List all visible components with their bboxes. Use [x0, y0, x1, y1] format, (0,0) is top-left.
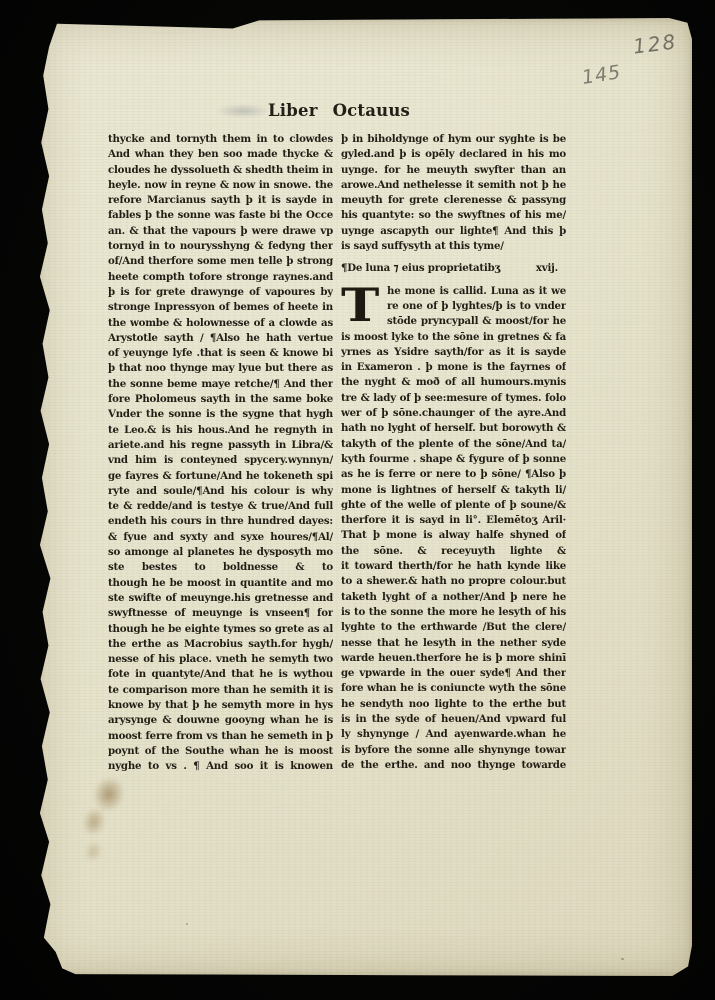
- drop-initial-T: T: [341, 284, 393, 329]
- text-line: as he is ferre or nere to þ sōne/ ¶Also …: [341, 467, 566, 482]
- text-line: is in the syde of heuen/And vpward ful: [341, 712, 566, 727]
- text-line: to a shewer.& hath no propre colour.but: [341, 574, 566, 589]
- paragraph-moon-body: is moost lyke to the sōne in gretnes & f…: [341, 330, 566, 774]
- text-line: ly shynynge / And ayenwarde.whan he: [341, 727, 566, 742]
- text-line: arowe.And nethelesse it semith not þ he: [341, 178, 566, 193]
- text-line: gyled.and þ is opēly declared in his mo: [341, 147, 566, 162]
- text-line: ariete.and his regne passyth in Libra/&: [108, 438, 333, 453]
- text-line: þ in biholdynge of hym our syghte is be: [341, 132, 566, 147]
- text-line: the sōne. & receyuyth lighte & reboūdyth: [341, 544, 566, 559]
- running-title: Liber Octauus: [108, 101, 570, 120]
- text-line: fore Pholomeus sayth in the same boke: [108, 392, 333, 407]
- text-line: Vnder the sonne is the sygne that hygh: [108, 407, 333, 422]
- text-line: is to the sonne the more he lesyth of hi…: [341, 605, 566, 620]
- text-line: an. & that the vapours þ were drawe vp: [108, 224, 333, 239]
- text-line: nesse of his place. vneth he semyth two: [108, 652, 333, 667]
- text-column-left: thycke and tornyth them in to clowdesAnd…: [108, 132, 333, 774]
- text-line: stōde pryncypall & moost/for he: [387, 314, 566, 329]
- text-line: ghte of the welle of plente of þ soune/&: [341, 498, 566, 513]
- text-line: though he be moost in quantite and mo: [108, 576, 333, 591]
- text-line: heyle. now in reyne & now in snowe. the: [108, 178, 333, 193]
- text-line: And whan they ben soo made thycke &: [108, 147, 333, 162]
- text-line: takyth of the plente of the sōne/And ta/: [341, 437, 566, 452]
- text-line: & fyue and syxty and syxe houres/¶Al/: [108, 530, 333, 545]
- text-line: wer of þ sōne.chaunger of the ayre.And: [341, 406, 566, 421]
- text-line: nesse that he lesyth in the nether syde …: [341, 636, 566, 651]
- text-line: cloudes he dyssolueth & shedth theim in: [108, 163, 333, 178]
- text-line: fables þ the sonne was faste bi the Occe: [108, 208, 333, 223]
- text-line: fote in quantyte/And that he is wythou: [108, 667, 333, 682]
- text-line: arysynge & douwne gooyng whan he is: [108, 713, 333, 728]
- running-title-word-liber: Liber: [268, 101, 318, 120]
- text-line: uynge. for he meuyth swyfter than an: [341, 163, 566, 178]
- text-line: of yeuynge lyfe .that is seen & knowe bi: [108, 346, 333, 361]
- text-line: re one of þ lyghtes/þ is to vnder: [387, 299, 566, 314]
- text-line: de the erthe. and noo thynge towarde: [341, 758, 566, 773]
- text-line: te comparison more than he semith it is: [108, 683, 333, 698]
- text-line: it toward therth/for he hath kynde like: [341, 559, 566, 574]
- text-line: so amonge al planetes he dysposyth mo: [108, 545, 333, 560]
- text-line: he sendyth noo lighte to the erthe but h…: [341, 697, 566, 712]
- text-line: stronge Inpressyon of bemes of heete in: [108, 300, 333, 315]
- text-line: yrnes as Ysidre sayth/for as it is sayde: [341, 345, 566, 360]
- text-line: he mone is callid. Luna as it we: [387, 284, 566, 299]
- paragraph-moon-intro: þ in biholdynge of hym our syghte is beg…: [341, 132, 566, 239]
- text-line: That þ mone is alway halfe shyned of: [341, 528, 566, 543]
- pencil-folio-number: 128: [632, 29, 679, 58]
- initial-paragraph: T he mone is callid. Luna as it were one…: [341, 284, 566, 330]
- text-line: of/And therfore some men telle þ strong: [108, 254, 333, 269]
- text-line: the nyght & moð of all humours.mynis: [341, 375, 566, 390]
- stain-mark: [51, 760, 141, 890]
- text-line: te & redde/and is testye & true/And full: [108, 499, 333, 514]
- chapter-number: xvij.: [536, 261, 558, 276]
- text-line: vnd him is conteyned spycery.wynnyn/: [108, 453, 333, 468]
- pencil-secondary-number: 145: [581, 61, 623, 89]
- foxing-spot: [326, 336, 329, 339]
- printed-leaf: Liber Octauus 128 145 thycke and tornyth…: [36, 18, 692, 976]
- text-line: knowe by that þ he semyth more in hys: [108, 698, 333, 713]
- running-title-word-octauus: Octauus: [333, 101, 410, 120]
- text-line: is moost lyke to the sōne in gretnes & f…: [341, 330, 566, 345]
- text-line: the erthe as Macrobius sayth.for hygh/: [108, 637, 333, 652]
- text-line: therfore it is sayd in li°. Elemētoʒ Ari…: [341, 513, 566, 528]
- spacer: [341, 254, 566, 261]
- text-block: thycke and tornyth them in to clowdesAnd…: [108, 132, 566, 774]
- text-column-right: þ in biholdynge of hym our syghte is beg…: [341, 132, 566, 774]
- text-line: ste swifte of meuynge.his gretnesse and: [108, 591, 333, 606]
- text-line: lyghte to the erthwarde /But the clere/: [341, 620, 566, 635]
- text-line: poynt of the Southe whan he is moost: [108, 744, 333, 759]
- text-line: in Exameron . þ mone is the fayrnes of: [341, 360, 566, 375]
- text-line: Arystotle sayth / ¶Also he hath vertue: [108, 331, 333, 346]
- text-line: is byfore the sonne alle shynynge towar: [341, 743, 566, 758]
- text-line: hath no lyght of herself. but borowyth &: [341, 421, 566, 436]
- foxing-spot: [186, 923, 188, 925]
- text-line: thycke and tornyth them in to clowdes: [108, 132, 333, 147]
- text-line: endeth his cours in thre hundred dayes:: [108, 514, 333, 529]
- text-line: refore Marcianus sayth þ it is sayde in: [108, 193, 333, 208]
- text-line: þ is for grete drawynge of vapoures by: [108, 285, 333, 300]
- text-line: the sonne beme maye retche/¶ And ther: [108, 377, 333, 392]
- text-line: the wombe & holownesse of a clowde as: [108, 316, 333, 331]
- text-line: ste bestes to boldnesse & to lyuynge.And: [108, 560, 333, 575]
- text-line: ge vpwarde in the ouer syde¶ And ther: [341, 666, 566, 681]
- text-line: tornyd in to nourysshyng & fedyng ther: [108, 239, 333, 254]
- text-line: tre & lady of þ see:mesure of tymes. fol…: [341, 391, 566, 406]
- photo-background: Liber Octauus 128 145 thycke and tornyth…: [0, 0, 715, 1000]
- text-line: though he be eighte tymes so grete as al: [108, 622, 333, 637]
- text-line: fore whan he is coniuncte wyth the sōne: [341, 681, 566, 696]
- text-line: ge fayres & fortune/And he tokeneth spi: [108, 469, 333, 484]
- text-line: heete compth tofore stronge raynes.and: [108, 270, 333, 285]
- text-line: mone is lightnes of herself & takyth li/: [341, 483, 566, 498]
- text-line: ryte and soule/¶And his colour is why: [108, 484, 333, 499]
- text-line: uynge ascapyth our lighte¶ And this þ: [341, 224, 566, 239]
- text-line: kyth fourme . shape & fygure of þ sonne: [341, 452, 566, 467]
- spacer: [341, 277, 566, 284]
- text-line: te Leo.& is his hous.And he regnyth in: [108, 423, 333, 438]
- text-line: his quantyte: so the swyftnes of his me/: [341, 208, 566, 223]
- text-line: nyghe to vs . ¶ And soo it is knowen: [108, 759, 333, 774]
- chapter-heading-text: ¶De luna ⁊ eius proprietatibʒ: [341, 261, 500, 276]
- foxing-spot: [621, 958, 624, 960]
- text-line: warde heuen.therfore he is þ more shinī: [341, 651, 566, 666]
- text-line: moost ferre from vs than he semeth in þ: [108, 729, 333, 744]
- text-line: þ that noo thynge may lyue but there as: [108, 361, 333, 376]
- chapter-heading: ¶De luna ⁊ eius proprietatibʒ xvij.: [341, 261, 566, 276]
- text-line: swyftnesse of meuynge is vnseen¶ for: [108, 606, 333, 621]
- text-line: meuyth for grete clerenesse & passyng of: [341, 193, 566, 208]
- paragraph-last-line: is sayd suffysyth at this tyme/: [341, 239, 566, 254]
- text-line: taketh lyght of a nother/And þ nere he: [341, 590, 566, 605]
